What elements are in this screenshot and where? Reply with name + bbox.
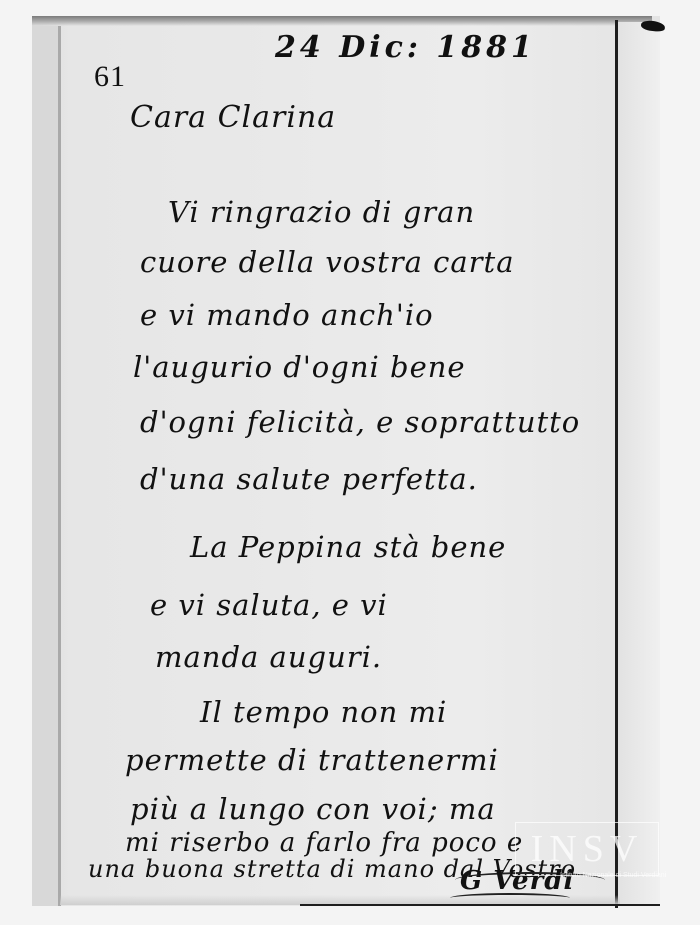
- letter-line: cuore della vostra carta: [140, 245, 515, 279]
- watermark-subtext: Istituto Nazionale di Studi Verdiani: [560, 872, 666, 880]
- letter-line: Il tempo non mi: [200, 695, 447, 729]
- right-border-line: [615, 20, 618, 908]
- letter-line: permette di trattenermi: [125, 743, 499, 777]
- letter-line: La Peppina stà bene: [190, 530, 506, 564]
- letter-line: d'una salute perfetta.: [140, 462, 478, 496]
- sheet-left-margin: [32, 26, 58, 906]
- sheet-right-margin: [618, 22, 660, 906]
- archive-number: 61: [94, 60, 126, 94]
- signature-flourish-bottom: [450, 893, 570, 903]
- letter-line: mi riserbo a farlo fra poco e: [125, 828, 523, 858]
- letter-line: e vi saluta, e vi: [150, 588, 388, 622]
- salutation: Cara Clarina: [130, 100, 336, 135]
- letter-line: e vi mando anch'io: [140, 298, 434, 332]
- sheet-fold-line: [58, 26, 61, 906]
- letter-line: l'augurio d'ogni bene: [133, 350, 466, 384]
- letter-line: Vi ringrazio di gran: [168, 195, 475, 229]
- letter-line: d'ogni felicità, e soprattutto: [140, 405, 580, 439]
- watermark-logo: INSV: [515, 822, 659, 876]
- letter-line: manda auguri.: [155, 640, 382, 674]
- letter-line: più a lungo con voi; ma: [130, 792, 496, 826]
- letter-date: 24 Dic: 1881: [275, 30, 536, 65]
- sheet-top-edge: [32, 16, 652, 26]
- bottom-border-line: [300, 904, 660, 906]
